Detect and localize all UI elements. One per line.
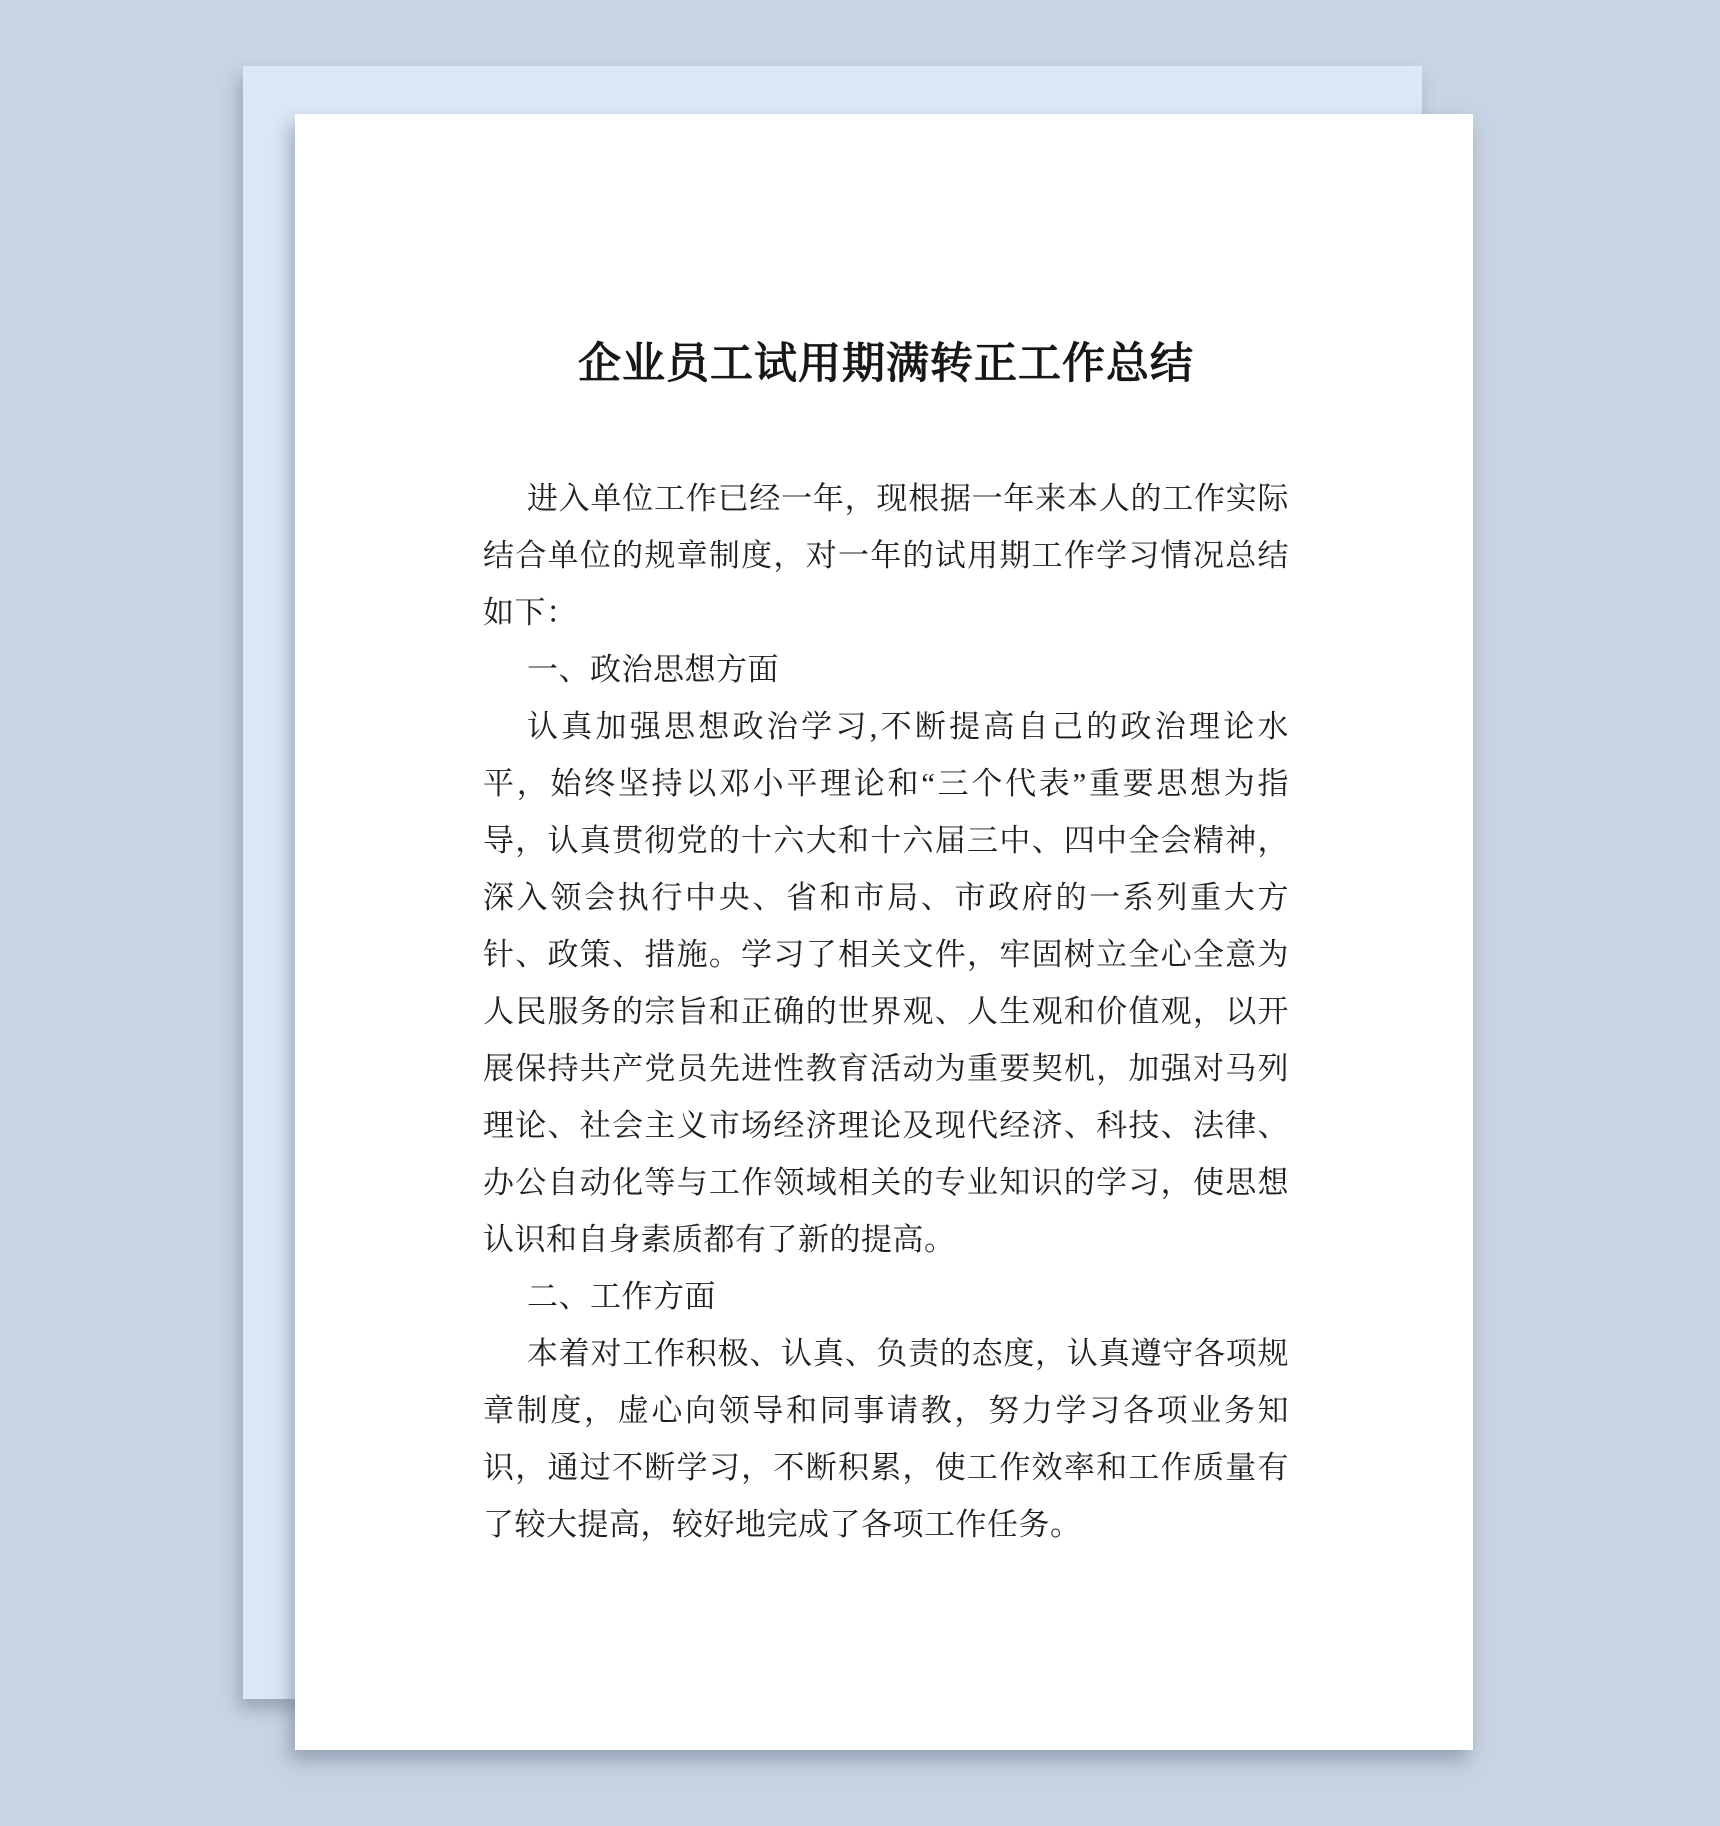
section-heading-work: 二、工作方面 <box>483 1268 1289 1325</box>
paragraph-intro: 进入单位工作已经一年，现根据一年来本人的工作实际结合单位的规章制度，对一年的试用… <box>483 470 1289 641</box>
paragraph-political-thought: 认真加强思想政治学习,不断提高自己的政治理论水平，始终坚持以邓小平理论和“三个代… <box>483 698 1289 1268</box>
paragraph-work: 本着对工作积极、认真、负责的态度，认真遵守各项规章制度，虚心向领导和同事请教，努… <box>483 1325 1289 1553</box>
document-page: 企业员工试用期满转正工作总结 进入单位工作已经一年，现根据一年来本人的工作实际结… <box>295 114 1473 1750</box>
document-body: 进入单位工作已经一年，现根据一年来本人的工作实际结合单位的规章制度，对一年的试用… <box>483 470 1289 1553</box>
workspace-background: 企业员工试用期满转正工作总结 进入单位工作已经一年，现根据一年来本人的工作实际结… <box>0 0 1720 1826</box>
section-heading-political: 一、政治思想方面 <box>483 641 1289 698</box>
document-title: 企业员工试用期满转正工作总结 <box>483 340 1289 388</box>
